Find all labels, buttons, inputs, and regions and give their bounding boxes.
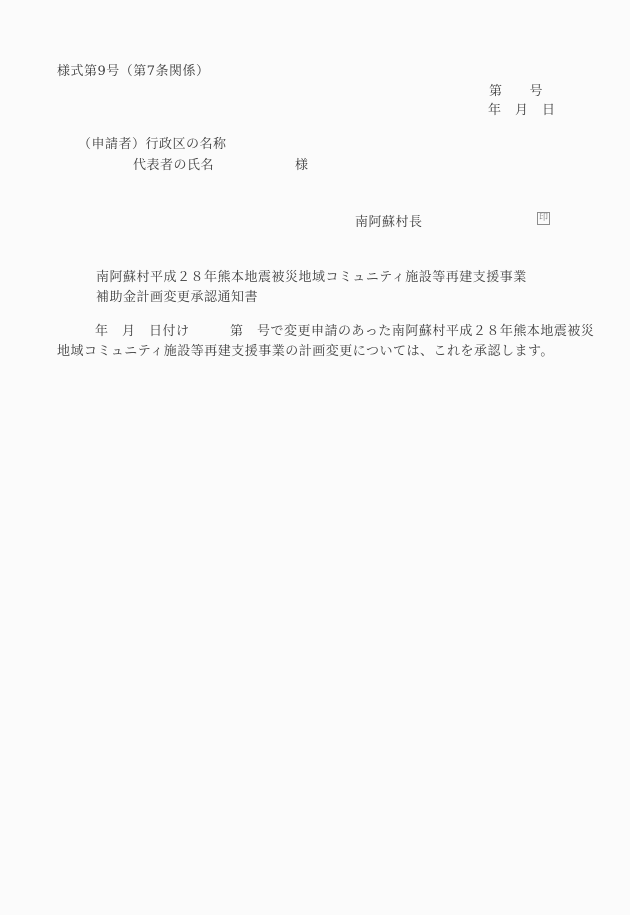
seal-placeholder-icon: 印 — [537, 212, 550, 225]
honorific-sama: 様 — [295, 158, 309, 173]
issue-number-blank: 第 号 — [489, 84, 543, 99]
body-paragraph-line-1: 年 月 日付け 第 号で変更申請のあった南阿蘇村平成２８年熊本地震被災 — [95, 324, 594, 339]
document-page: 様式第9号（第7条関係） 第 号 年 月 日 （申請者）行政区の名称 代表者の氏… — [0, 0, 630, 915]
seal-character: 印 — [539, 214, 548, 223]
sender-title-mayor: 南阿蘇村長 — [355, 215, 423, 230]
subject-title-line-2: 補助金計画変更承認通知書 — [96, 290, 258, 305]
subject-title-line-1: 南阿蘇村平成２８年熊本地震被災地域コミュニティ施設等再建支援事業 — [96, 270, 527, 285]
form-number: 様式第9号（第7条関係） — [57, 64, 210, 79]
body-paragraph-line-2: 地域コミュニティ施設等再建支援事業の計画変更については、これを承認します。 — [57, 344, 554, 359]
applicant-address-label: （申請者）行政区の名称 — [78, 137, 227, 152]
representative-name-label: 代表者の氏名 — [133, 158, 214, 173]
issue-date-blank: 年 月 日 — [488, 103, 556, 118]
